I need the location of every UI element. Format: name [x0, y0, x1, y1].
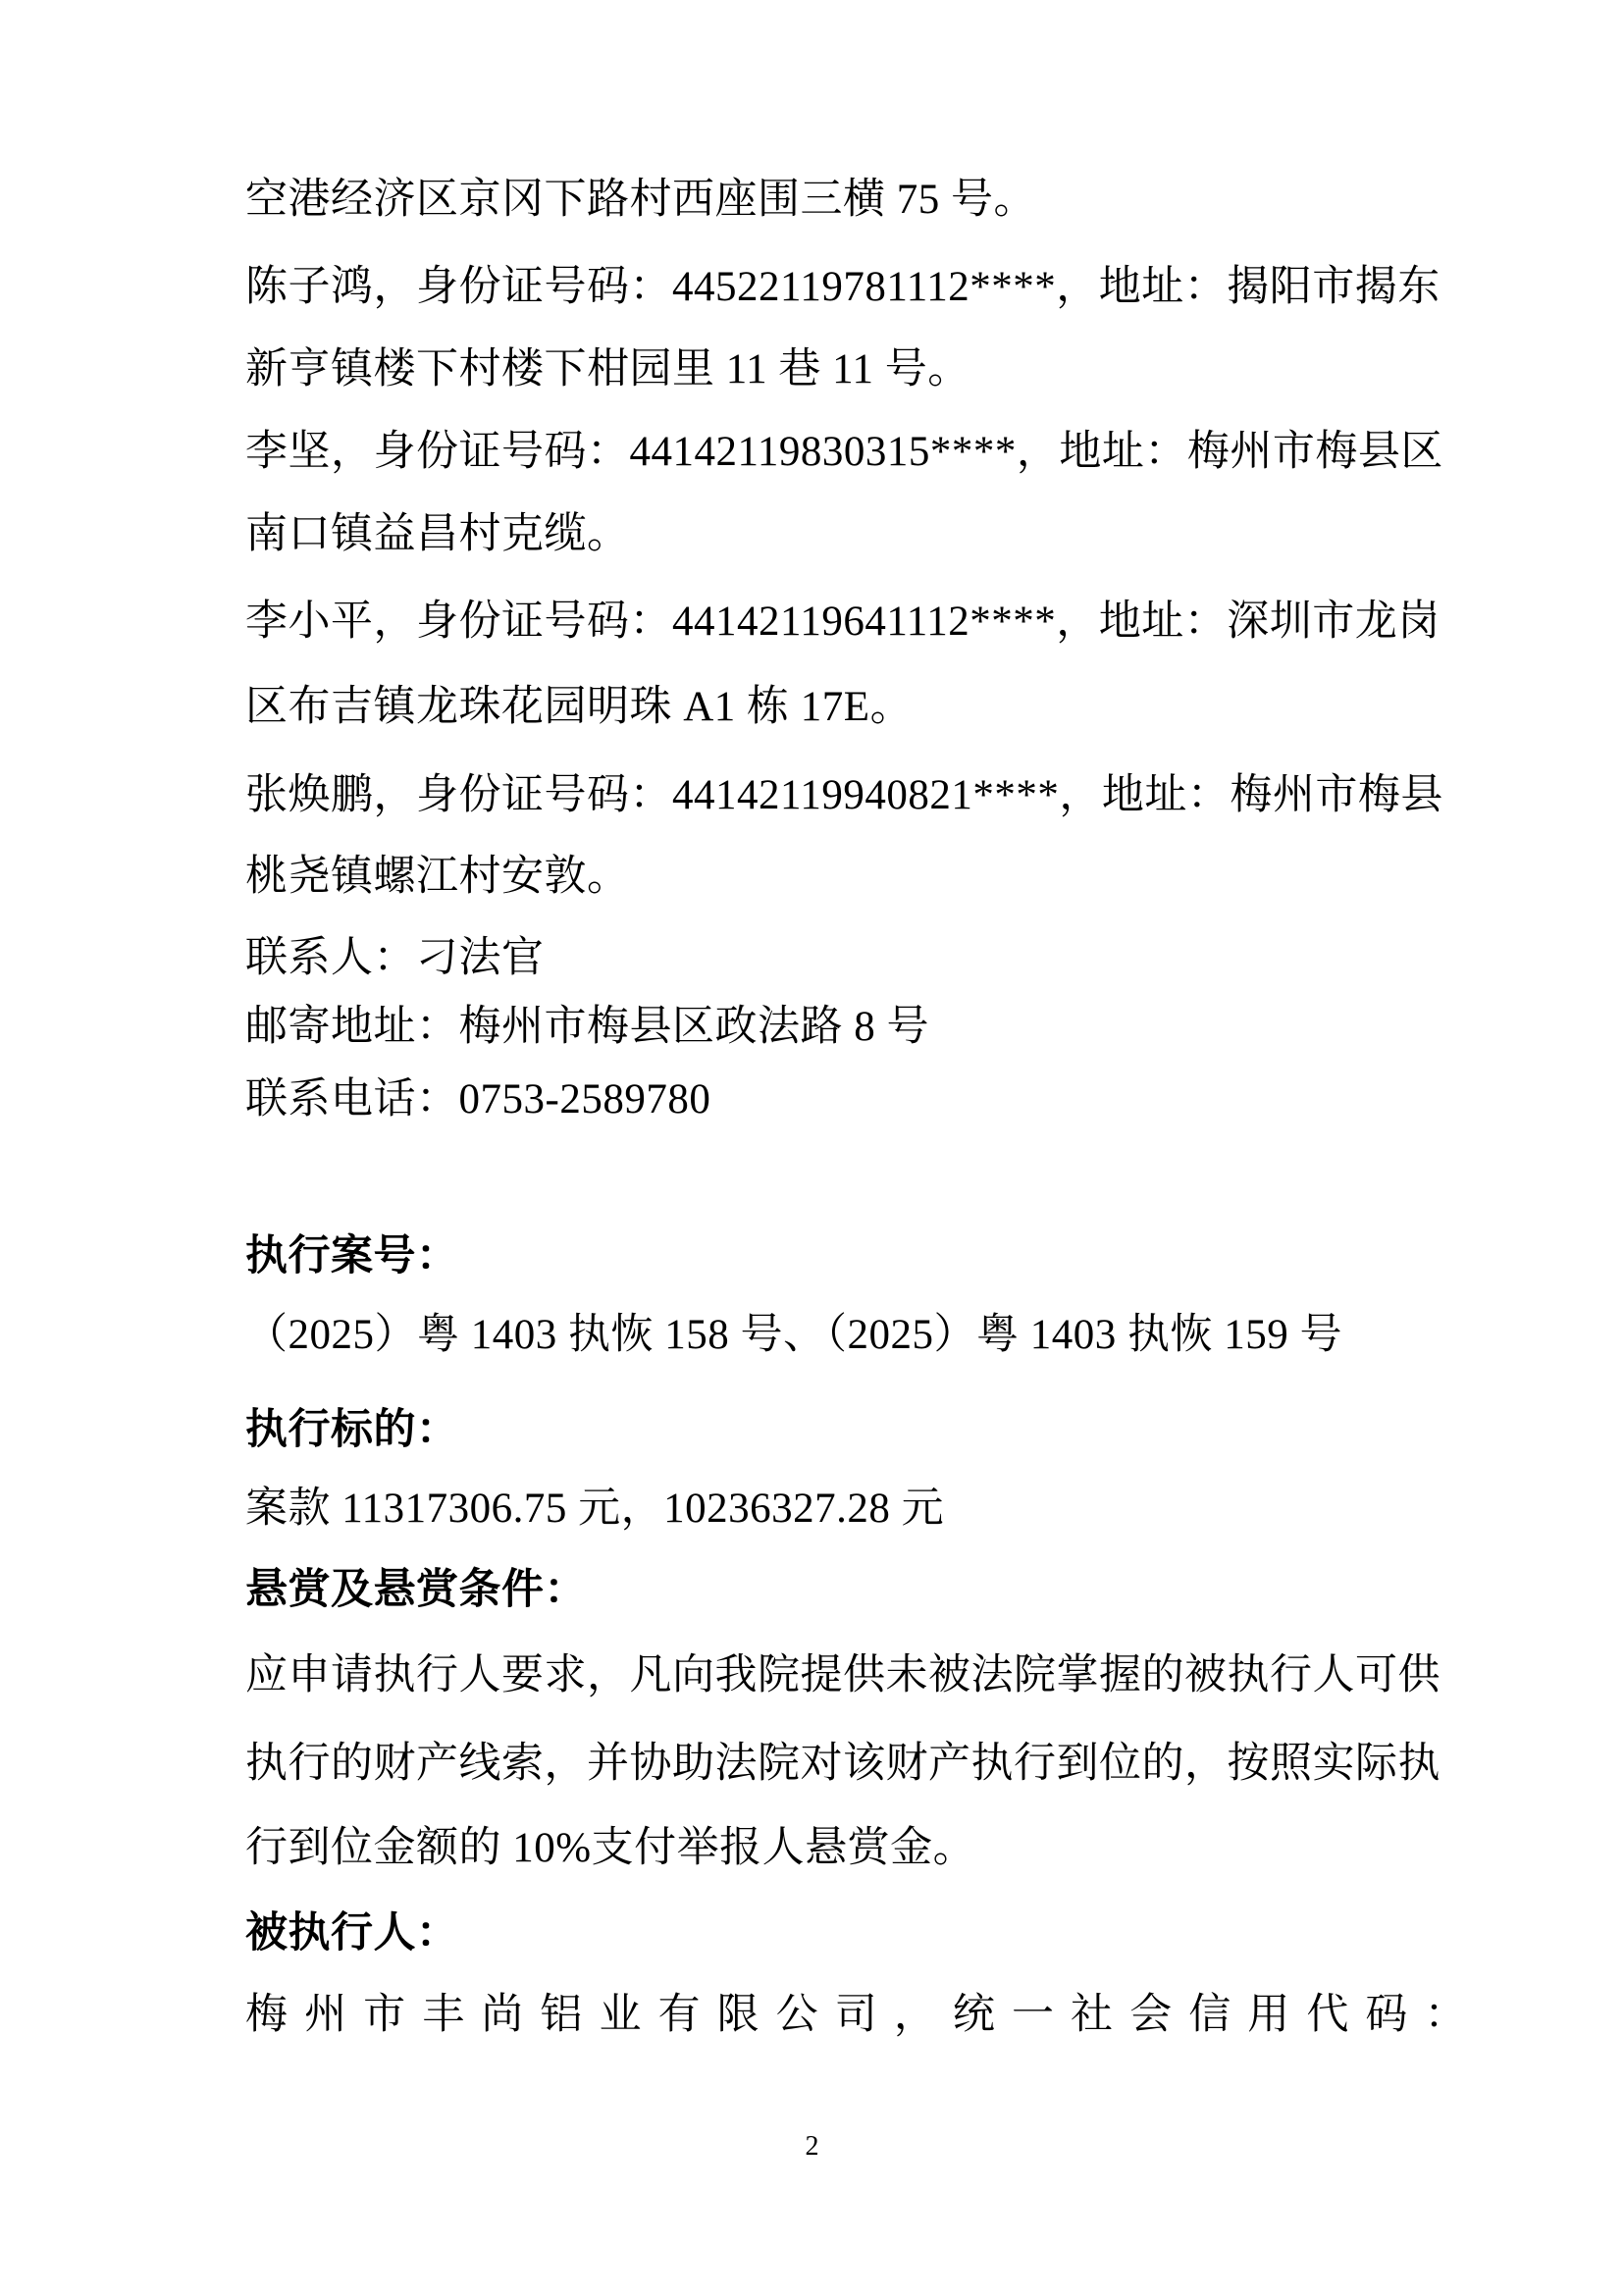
contact-phone-line: 联系电话：0753-2589780 — [245, 1075, 1467, 1124]
mailing-address-line: 邮寄地址：梅州市梅县区政法路 8 号 — [245, 1003, 1467, 1052]
applicant-chen-zihong-line: 陈子鸿，身份证号码：44522119781112****，地址：揭阳市揭东 — [245, 263, 1467, 312]
applicant-chen-zihong-address-line: 新亨镇楼下村楼下柑园里 11 巷 11 号。 — [245, 345, 1467, 394]
contact-person-line: 联系人：刁法官 — [245, 934, 1467, 983]
heading-judgment-debtor: 被执行人： — [245, 1909, 1467, 1958]
heading-execution-target: 执行标的： — [245, 1406, 1467, 1455]
debtor-company-line: 梅州市丰尚铝业有限公司，统一社会信用代码： — [245, 1991, 1467, 2040]
reward-conditions-line-2: 执行的财产线索，并协助法院对该财产执行到位的，按照实际执 — [245, 1740, 1467, 1789]
heading-execution-case-number: 执行案号： — [245, 1232, 1467, 1281]
applicant-zhang-huanpeng-address-line: 桃尧镇螺江村安敦。 — [245, 853, 1467, 902]
document-page: 空港经济区京冈下路村西座围三横 75 号。 陈子鸿，身份证号码：44522119… — [0, 0, 1624, 2296]
execution-amount-line: 案款 11317306.75 元，10236327.28 元 — [245, 1485, 1467, 1534]
applicant-li-jian-address-line: 南口镇益昌村克缆。 — [245, 510, 1467, 559]
applicant-li-xiaoping-address-line: 区布吉镇龙珠花园明珠 A1 栋 17E。 — [245, 683, 1467, 732]
applicant-zhang-huanpeng-line: 张焕鹏，身份证号码：44142119940821****，地址：梅州市梅县 — [245, 771, 1467, 820]
applicant-li-jian-line: 李坚，身份证号码：44142119830315****，地址：梅州市梅县区 — [245, 428, 1467, 477]
applicant-li-xiaoping-line: 李小平，身份证号码：44142119641112****，地址：深圳市龙岗 — [245, 598, 1467, 647]
reward-conditions-line-3: 行到位金额的 10%支付举报人悬赏金。 — [245, 1824, 1467, 1873]
heading-reward-conditions: 悬赏及悬赏条件： — [245, 1566, 1467, 1615]
execution-case-numbers-line: （2025）粤 1403 执恢 158 号、（2025）粤 1403 执恢 15… — [245, 1311, 1467, 1360]
page-number: 2 — [0, 2131, 1624, 2163]
address-continuation-line: 空港经济区京冈下路村西座围三横 75 号。 — [245, 176, 1467, 225]
reward-conditions-line-1: 应申请执行人要求，凡向我院提供未被法院掌握的被执行人可供 — [245, 1651, 1467, 1700]
